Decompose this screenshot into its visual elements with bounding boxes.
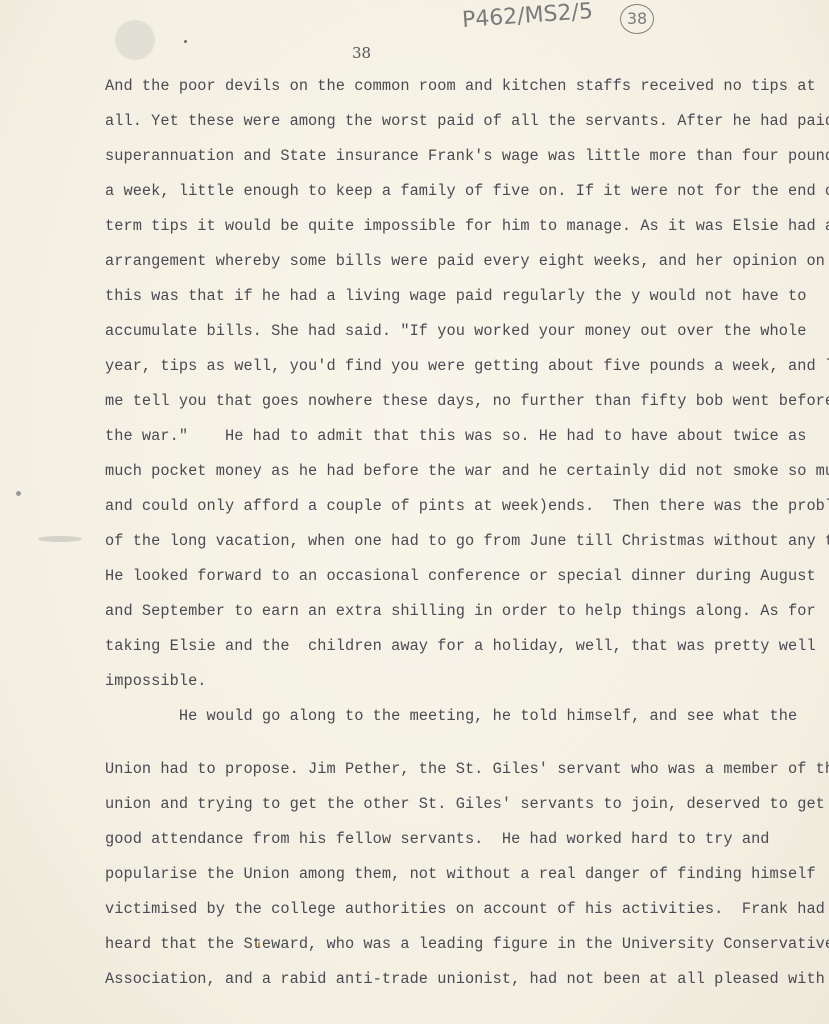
- text-line: victimised by the college authorities on…: [105, 900, 825, 918]
- text-line: heard that the Steward, who was a leadin…: [105, 935, 829, 953]
- text-line: accumulate bills. She had said. "If you …: [105, 322, 806, 340]
- text-line: arrangement whereby some bills were paid…: [105, 252, 825, 270]
- page-number: 38: [352, 44, 371, 62]
- text-line: union and trying to get the other St. Gi…: [105, 795, 829, 813]
- text-line: He would go along to the meeting, he tol…: [105, 707, 797, 725]
- paper-stain: [115, 20, 155, 60]
- text-line: popularise the Union among them, not wit…: [105, 865, 816, 883]
- text-line: term tips it would be quite impossible f…: [105, 217, 829, 235]
- typescript-page: P462/MS2/5 38 38 And the poor devils on …: [0, 0, 829, 1024]
- ink-speck: [184, 40, 187, 43]
- text-line: impossible.: [105, 672, 207, 690]
- ink-speck: [16, 491, 21, 496]
- archive-reference: P462/MS2/5: [461, 0, 593, 33]
- text-line: taking Elsie and the children away for a…: [105, 637, 816, 655]
- faint-mark: [38, 536, 82, 542]
- text-line: and could only afford a couple of pints …: [105, 497, 829, 515]
- text-line: me tell you that goes nowhere these days…: [105, 392, 829, 410]
- text-line: of the long vacation, when one had to go…: [105, 532, 829, 550]
- archive-folio-number: 38: [620, 4, 654, 34]
- text-line: year, tips as well, you'd find you were …: [105, 357, 829, 375]
- text-line: And the poor devils on the common room a…: [105, 77, 816, 95]
- text-line: all. Yet these were among the worst paid…: [105, 112, 829, 130]
- text-line: the war." He had to admit that this was …: [105, 427, 806, 445]
- text-line: a week, little enough to keep a family o…: [105, 182, 829, 200]
- text-line: He looked forward to an occasional confe…: [105, 567, 816, 585]
- text-line: Union had to propose. Jim Pether, the St…: [105, 760, 829, 778]
- text-line: Association, and a rabid anti-trade unio…: [105, 970, 825, 988]
- text-line: good attendance from his fellow servants…: [105, 830, 770, 848]
- text-line: superannuation and State insurance Frank…: [105, 147, 829, 165]
- text-line: much pocket money as he had before the w…: [105, 462, 829, 480]
- text-line: this was that if he had a living wage pa…: [105, 287, 806, 305]
- text-line: and September to earn an extra shilling …: [105, 602, 816, 620]
